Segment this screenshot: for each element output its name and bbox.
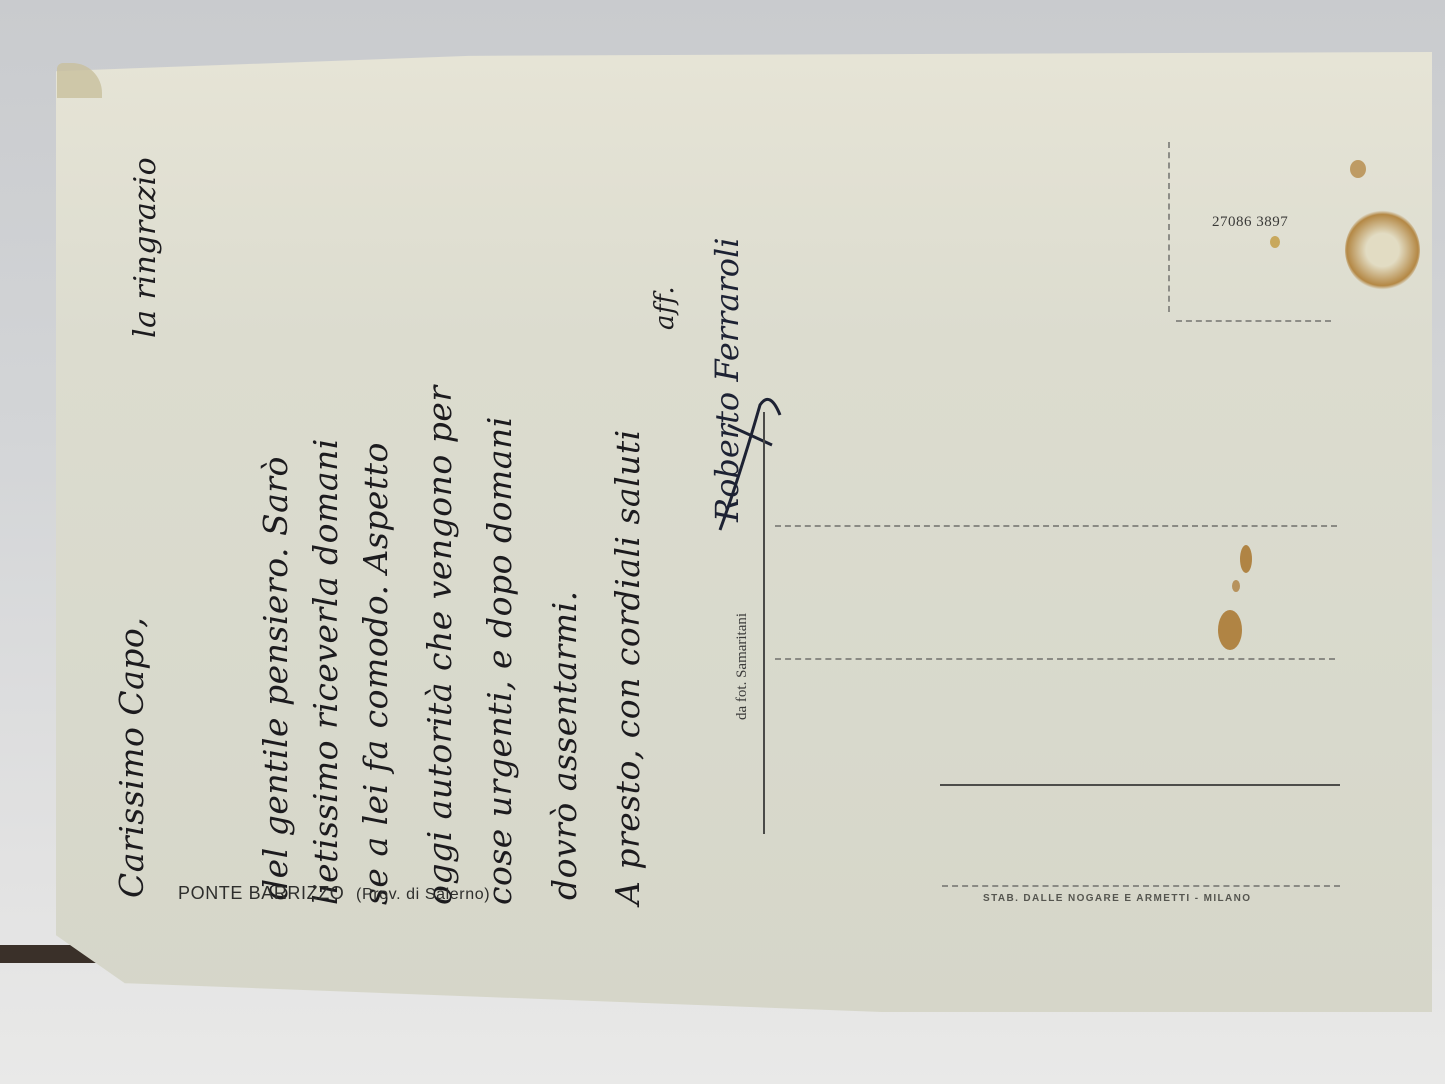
handwritten-line: Carissimo Capo, (112, 617, 151, 898)
address-line (940, 784, 1340, 786)
stamp-box-border (1168, 142, 1170, 312)
caption-province: (Prov. di Salerno) (356, 886, 490, 903)
stain (1345, 210, 1420, 290)
address-line (942, 885, 1340, 887)
printer-imprint: STAB. DALLE NOGARE E ARMETTI - MILANO (983, 893, 1251, 904)
handwritten-line: la ringrazio (128, 157, 163, 338)
handwritten-line: aff. (650, 286, 680, 330)
photo-credit: da fot. Samaritani (734, 613, 751, 720)
stamp-box-border (1176, 320, 1331, 322)
stain (1350, 160, 1366, 178)
stain (1240, 545, 1252, 573)
stamp-box-code: 27086 3897 (1212, 214, 1288, 231)
caption-place: PONTE BARRIZZO (178, 883, 344, 903)
handwritten-line: A presto, con cordiali saluti (608, 429, 647, 905)
handwritten-line: oggi autorità che vengono per (420, 385, 459, 905)
stain (1270, 236, 1280, 248)
center-divider (763, 412, 765, 834)
bent-corner (57, 63, 102, 98)
handwritten-line: del gentile pensiero. Sarò (256, 456, 295, 900)
stain (1218, 610, 1242, 650)
address-line (775, 525, 1337, 527)
stain (1232, 580, 1240, 592)
caption: PONTE BARRIZZO (Prov. di Salerno) (178, 883, 490, 904)
handwritten-line: se a lei fa comodo. Aspetto (356, 442, 395, 905)
address-line (775, 658, 1335, 660)
signature-flourish-icon (700, 395, 790, 535)
handwritten-line: lietissimo riceverla domani (306, 438, 345, 905)
handwritten-line: dovrò assentarmi. (545, 590, 584, 900)
handwritten-line: cose urgenti, e dopo domani (480, 416, 519, 905)
